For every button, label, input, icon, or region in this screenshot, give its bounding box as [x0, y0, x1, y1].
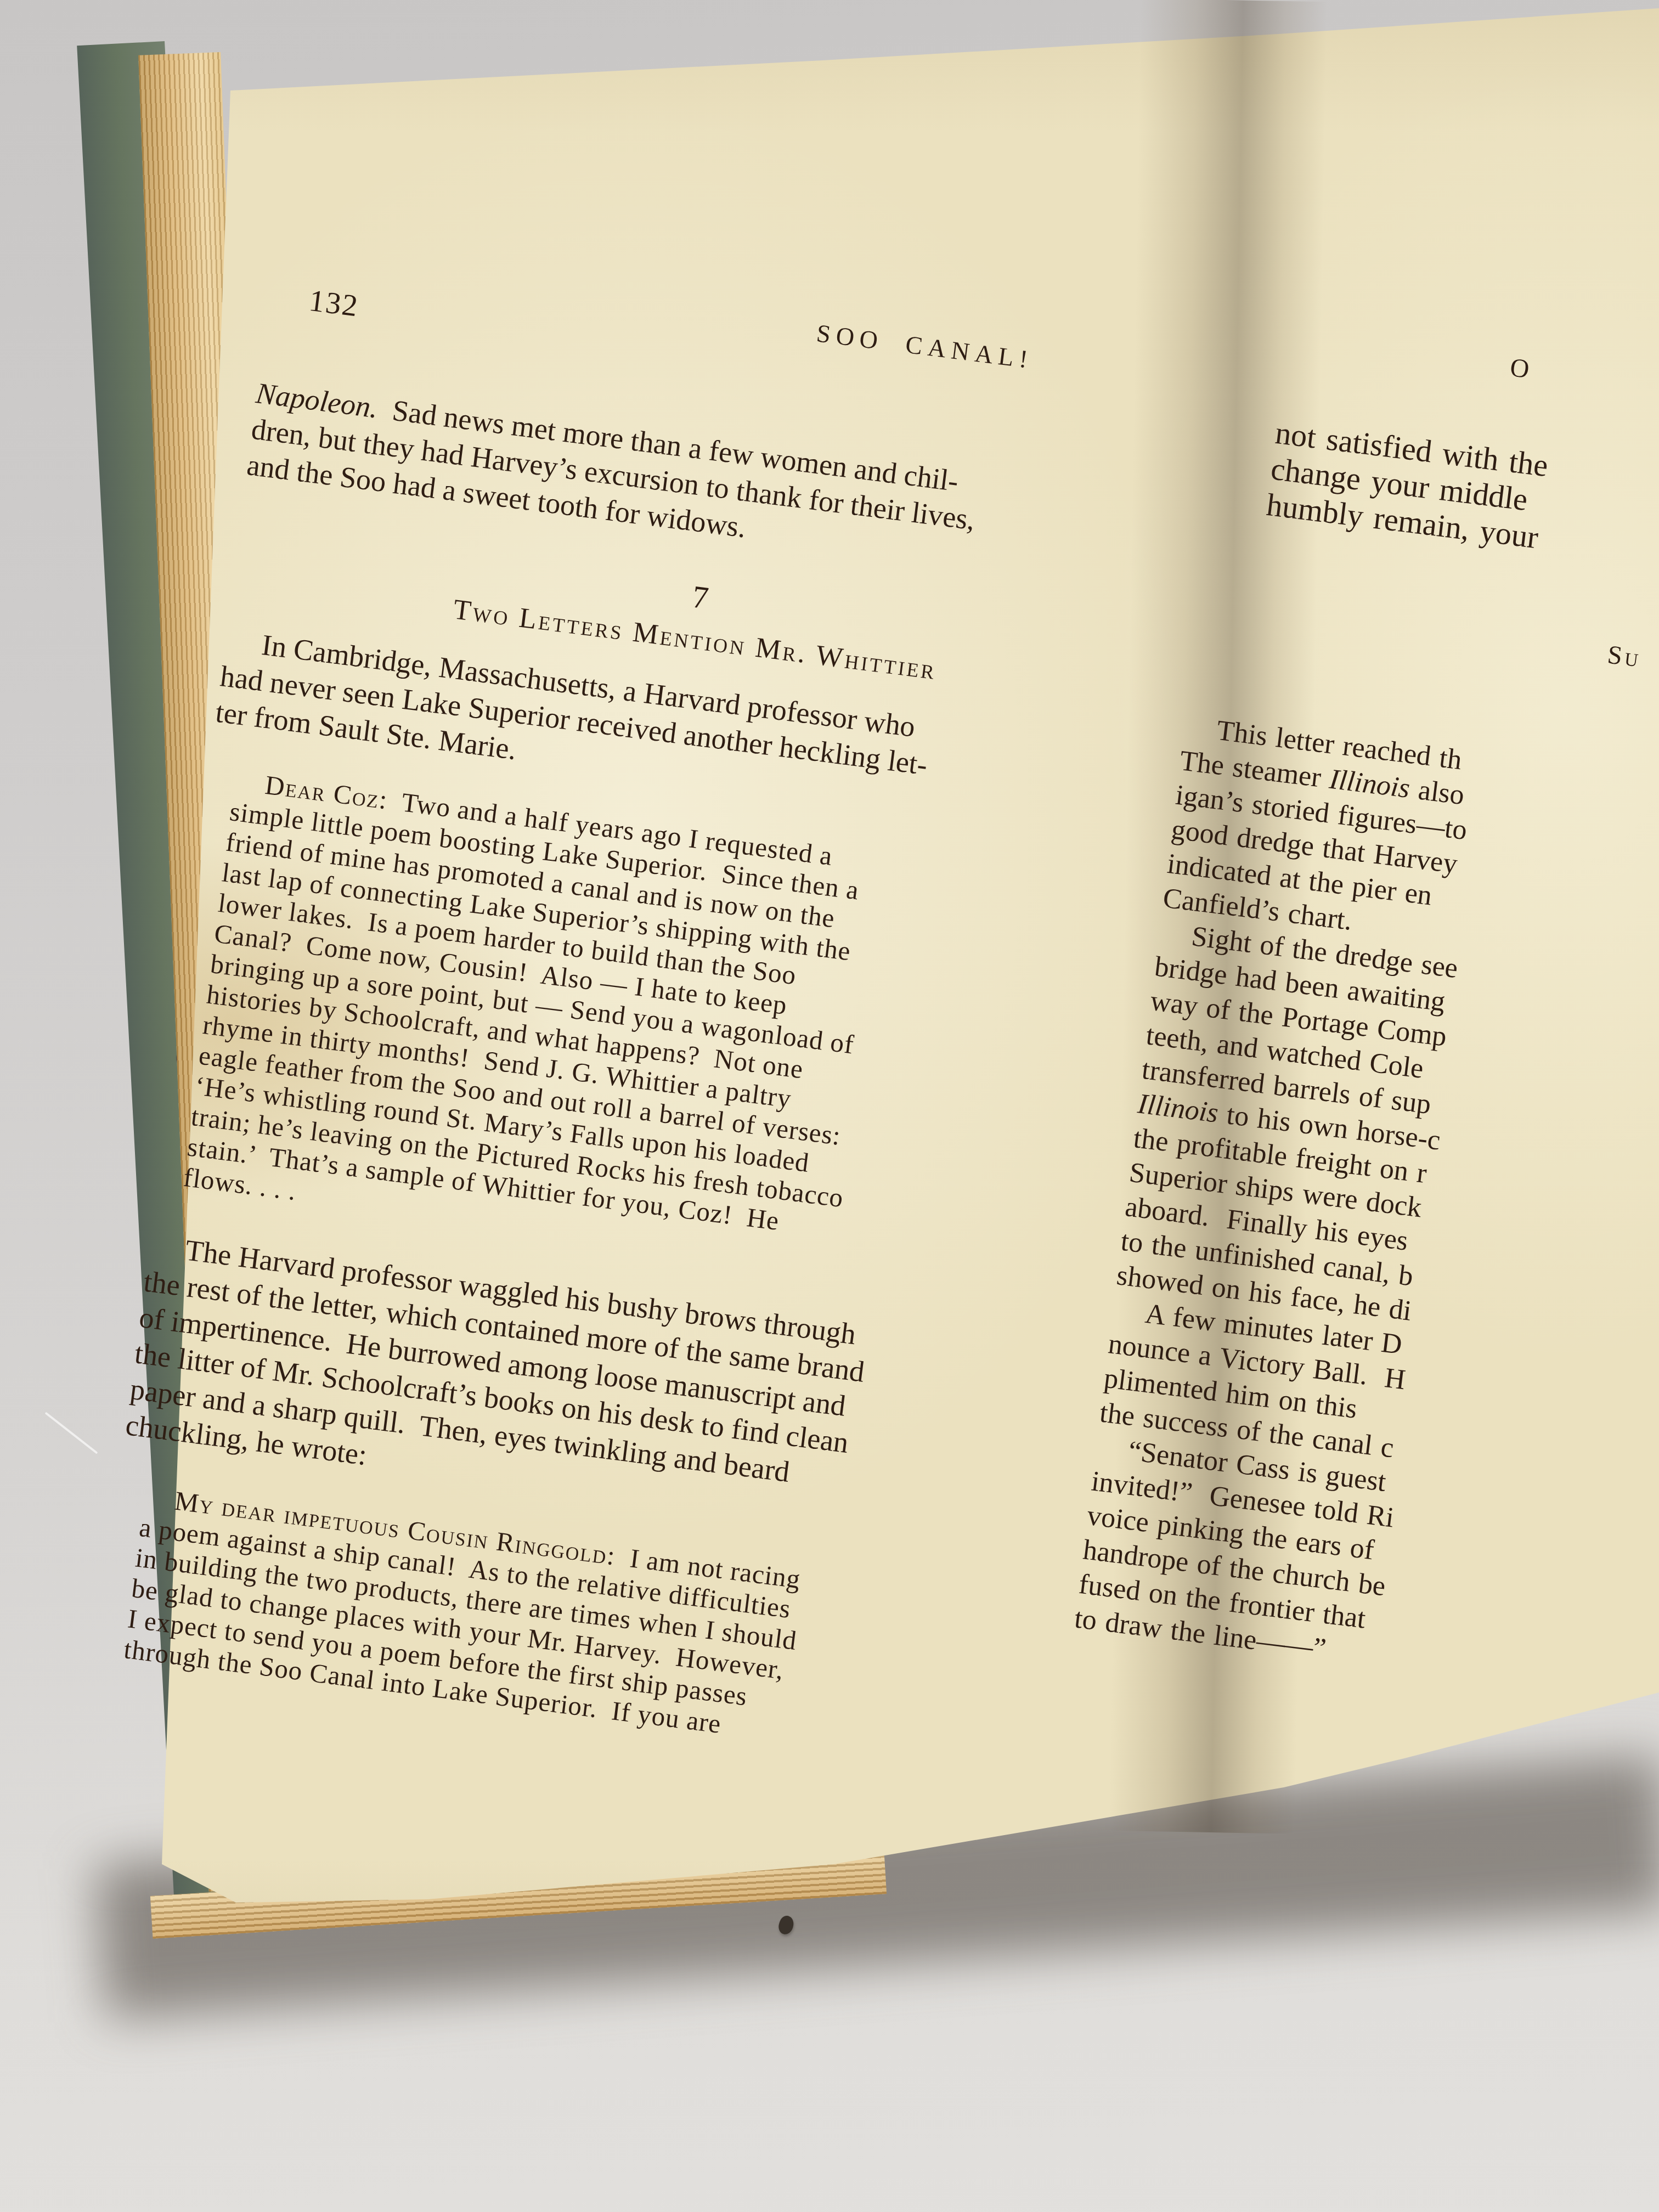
letter-block-dear-coz: Dear Coz: Two and a half years ago I req… — [182, 766, 1113, 1304]
surface-scratch — [44, 1412, 98, 1454]
subheading-fragment: Su — [1606, 640, 1659, 720]
letter-continuation: not satisfied with thechange your middle… — [1265, 415, 1659, 616]
left-page: 132 SOO CANAL! Napoleon. Sad news met mo… — [96, 250, 1200, 1778]
book-photo-scene: 132 SOO CANAL! Napoleon. Sad news met mo… — [0, 0, 1659, 2212]
running-head-fragment: O — [1508, 352, 1535, 385]
page-number: 132 — [307, 283, 360, 324]
